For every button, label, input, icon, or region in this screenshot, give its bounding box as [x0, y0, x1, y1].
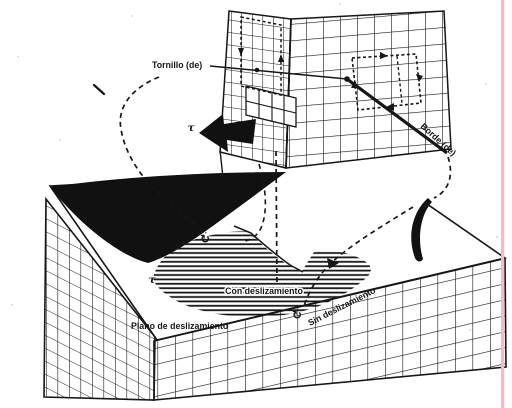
loop-arrow-icon: ↻ [292, 308, 302, 322]
scanned-figure-page: Tornillo (de) Borde (de) Con deslizamien… [0, 0, 512, 408]
upper-right-wall-grid [286, 11, 451, 168]
tau-symbol: τ [148, 274, 156, 286]
slip-plane-label: Plano de deslizamiento [131, 321, 229, 331]
dislocation-figure: Tornillo (de) Borde (de) Con deslizamien… [0, 0, 512, 408]
stray-scan-mark [94, 85, 104, 94]
screw-dislocation-label: Tornillo (de) [152, 60, 202, 70]
slipped-region-label: Con deslizamiento [225, 286, 303, 296]
loop-arrow-icon: ↻ [200, 232, 210, 246]
tau-symbol: τ [187, 122, 195, 134]
scan-edge-line [501, 0, 504, 408]
